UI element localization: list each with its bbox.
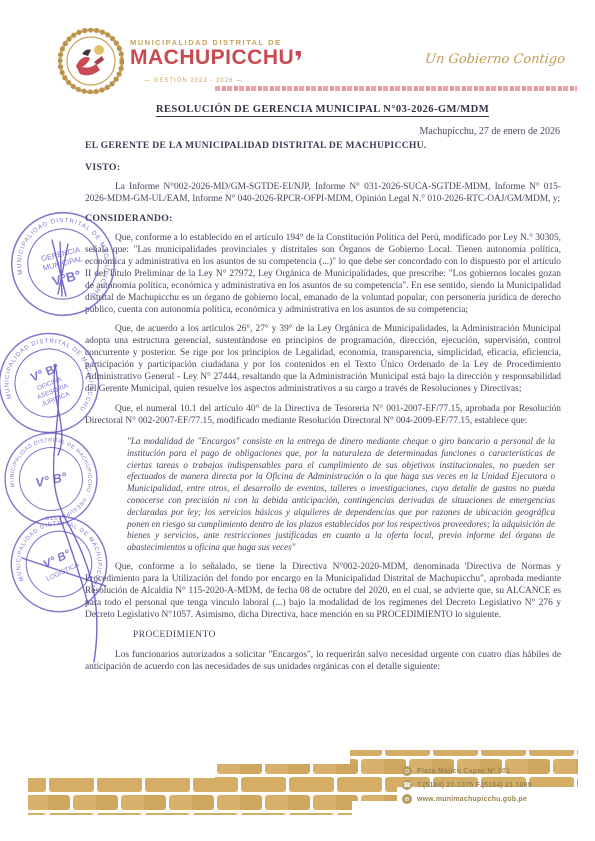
- phone-icon: ☎: [402, 780, 412, 790]
- municipal-seal-logo: [58, 28, 124, 94]
- considerando-paragraph-1: Que, conforme a lo establecido en el art…: [85, 233, 561, 317]
- visto-paragraph: La Informe N°002-2026-MD/GM-SGTDE-EI/NJP…: [85, 182, 561, 206]
- contact-website-text: www.munimachupicchu.gob.pe: [417, 796, 527, 803]
- stamp-vobo: V° B°: [42, 548, 73, 571]
- municipality-brand: MUNICIPALIDAD DISTRITAL DE MACHUPICCHU❜ …: [130, 38, 360, 84]
- contact-phone-text: T.(5184) 21-1375 F.(5184) 21 1099: [417, 782, 532, 789]
- page-header: MUNICIPALIDAD DISTRITAL DE MACHUPICCHU❜ …: [0, 26, 595, 100]
- gestion-label: — GESTIÓN 2023 - 2026 —: [144, 78, 360, 84]
- stamp-vobo: V°B°: [51, 267, 83, 289]
- location-pin-icon: ⊙: [402, 766, 412, 776]
- municipality-name: MACHUPICCHU❜: [130, 47, 360, 76]
- stamp-line: OFICINA: [36, 376, 63, 392]
- globe-icon: ⊕: [402, 794, 412, 804]
- document-title: RESOLUCIÓN DE GERENCIA MUNICIPAL N°03-20…: [85, 104, 560, 115]
- directiva-paragraph: Que, conforme a lo señalado, se tiene la…: [85, 562, 561, 622]
- procedimiento-heading: PROCEDIMIENTO: [85, 630, 561, 642]
- stamp-line: MUNICIPAL: [42, 254, 84, 273]
- considerando-paragraph-3: Que, el numeral 10.1 del artículo 40° de…: [85, 404, 561, 428]
- stamp-line: JURIDICA: [41, 390, 72, 408]
- procedimiento-paragraph: Los funcionarios autorizados a solicitar…: [85, 650, 561, 674]
- document-page: MUNICIPALIDAD DISTRITAL DE MACHUPICCHU❜ …: [0, 0, 595, 841]
- visto-heading: VISTO:: [85, 162, 561, 174]
- footer-contact: ⊙ Plaza Manco Capac N° 101 ☎ T.(5184) 21…: [402, 766, 577, 808]
- contact-address-row: ⊙ Plaza Manco Capac N° 101: [402, 766, 577, 776]
- stamp-vobo: V° B°: [29, 360, 62, 384]
- stamp-line: LOGISTICA: [45, 561, 80, 582]
- document-body: EL GERENTE DE LA MUNICIPALIDAD DISTRITAL…: [85, 140, 561, 674]
- stamp-vobo: V° B°: [34, 469, 69, 490]
- salutation: EL GERENTE DE LA MUNICIPALIDAD DISTRITAL…: [85, 140, 561, 152]
- stamp-line: GERENCIA: [40, 245, 82, 264]
- header-divider-stripe: [215, 86, 577, 91]
- considerando-heading: CONSIDERANDO:: [85, 213, 561, 225]
- slogan-text: Un Gobierno Contigo: [424, 52, 566, 67]
- contact-website-row: ⊕ www.munimachupicchu.gob.pe: [402, 794, 577, 804]
- considerando-paragraph-2: Que, de acuerdo a los artículos 26°, 27°…: [85, 324, 561, 396]
- encargos-quote: "La modalidad de "Encargos" consiste en …: [127, 436, 555, 554]
- seal-icon: [58, 28, 124, 94]
- stamp-line: ASESORIA: [36, 382, 70, 401]
- dateline: Machupicchu, 27 de enero de 2026: [85, 126, 560, 137]
- contact-phone-row: ☎ T.(5184) 21-1375 F.(5184) 21 1099: [402, 780, 577, 790]
- contact-address-text: Plaza Manco Capac N° 101: [417, 768, 510, 775]
- brand-comma-icon: ❜: [294, 47, 304, 77]
